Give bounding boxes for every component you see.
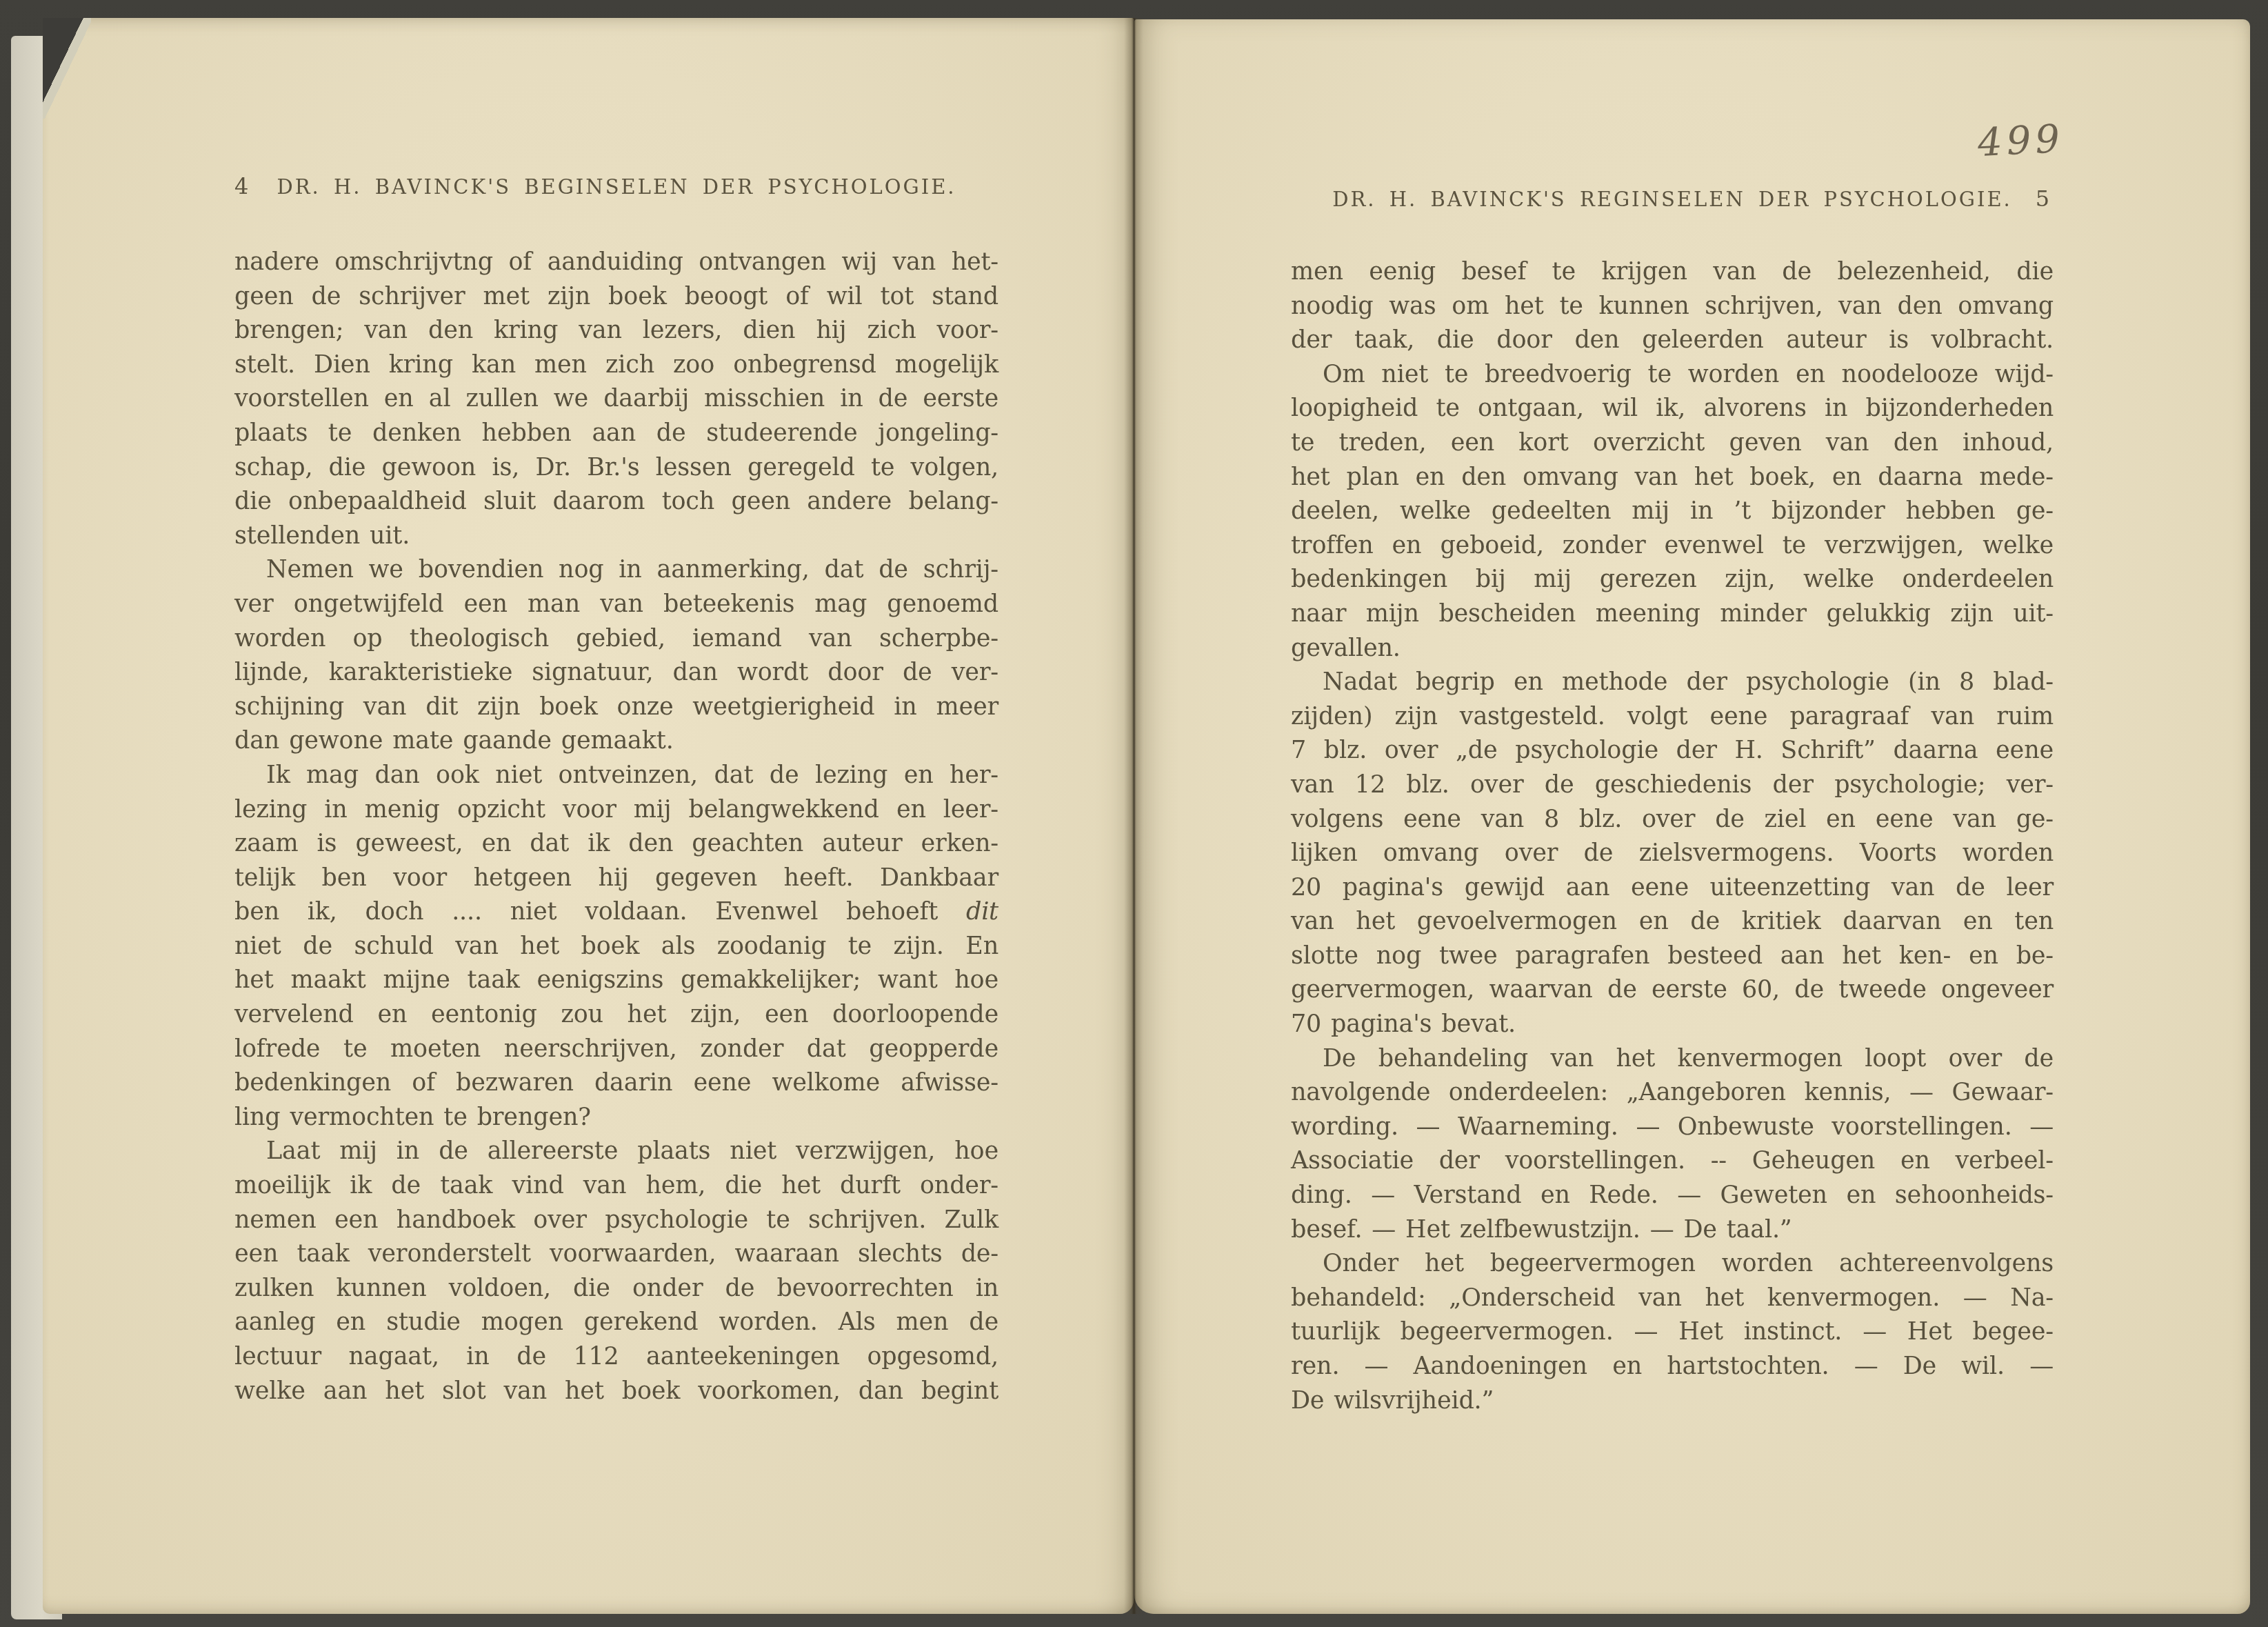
line-text: gevallen. bbox=[1291, 635, 1401, 662]
line-text: ling vermochten te brengen? bbox=[234, 1104, 591, 1131]
text-line: lijken omvang over de zielsvermogens. Vo… bbox=[1291, 837, 2054, 871]
text-line: ren. — Aandoeningen en hartstochten. — D… bbox=[1291, 1350, 2054, 1384]
line-text: loopigheid te ontgaan, wil ik, alvorens … bbox=[1291, 395, 2054, 422]
text-line: zijden) zijn vastgesteld. volgt eene par… bbox=[1291, 700, 2054, 735]
text-line: De wilsvrijheid.” bbox=[1291, 1384, 2054, 1419]
line-text: van het gevoelvermogen en de kritiek daa… bbox=[1291, 908, 2054, 935]
text-line: dan gewone mate gaande gemaakt. bbox=[234, 724, 998, 759]
text-line: 20 pagina's gewijd aan eene uiteenzettin… bbox=[1291, 871, 2054, 906]
line-text: der taak, die door den geleerden auteur … bbox=[1291, 326, 2054, 354]
line-text: die onbepaaldheid sluit daarom toch geen… bbox=[234, 488, 998, 515]
text-line: niet de schuld van het boek als zoodanig… bbox=[234, 930, 998, 964]
line-text: lectuur nagaat, in de 112 aanteekeningen… bbox=[234, 1343, 998, 1370]
line-text: worden op theologisch gebied, iemand van… bbox=[234, 625, 998, 652]
text-line: ver ongetwijfeld een man van beteekenis … bbox=[234, 588, 998, 622]
italic-text: dit bbox=[966, 898, 998, 926]
text-line: tuurlijk begeervermogen. — Het instinct.… bbox=[1291, 1315, 2054, 1350]
line-text: vervelend en eentonig zou het zijn, een … bbox=[234, 1001, 998, 1028]
text-line: lofrede te moeten neerschrijven, zonder … bbox=[234, 1032, 998, 1067]
line-text: Laat mij in de allereerste plaats niet v… bbox=[266, 1137, 998, 1165]
text-line: te treden, een kort overzicht geven van … bbox=[1291, 426, 2054, 461]
text-line: brengen; van den kring van lezers, dien … bbox=[234, 314, 998, 348]
text-line: lectuur nagaat, in de 112 aanteekeningen… bbox=[234, 1340, 998, 1375]
line-text: De behandeling van het kenvermogen loopt… bbox=[1323, 1045, 2054, 1072]
text-line: wording. — Waarneming. — Onbewuste voors… bbox=[1291, 1110, 2054, 1145]
text-line: die onbepaaldheid sluit daarom toch geen… bbox=[234, 485, 998, 519]
text-line: besef. — Het zelfbewustzijn. — De taal.” bbox=[1291, 1213, 2054, 1248]
line-text: aanleg en studie mogen gerekend worden. … bbox=[234, 1308, 998, 1336]
line-text: noodig was om het te kunnen schrijven, v… bbox=[1291, 292, 2054, 320]
line-text: voorstellen en al zullen we daarbij miss… bbox=[234, 385, 998, 412]
text-line: aanleg en studie mogen gerekend worden. … bbox=[234, 1306, 998, 1340]
text-line: Nadat begrip en methode der psychologie … bbox=[1291, 666, 2054, 700]
text-line: noodig was om het te kunnen schrijven, v… bbox=[1291, 290, 2054, 324]
text-line: moeilijk ik de taak vind van hem, die he… bbox=[234, 1169, 998, 1204]
text-line: Associatie der voorstellingen. -- Geheug… bbox=[1291, 1144, 2054, 1179]
line-text: tuurlijk begeervermogen. — Het instinct.… bbox=[1291, 1318, 2054, 1346]
text-line: plaats te denken hebben aan de studeeren… bbox=[234, 417, 998, 451]
text-line: stelt. Dien kring kan men zich zoo onbeg… bbox=[234, 348, 998, 383]
line-text: lijnde, karakteristieke signatuur, dan w… bbox=[234, 659, 998, 686]
line-text: brengen; van den kring van lezers, dien … bbox=[234, 317, 998, 344]
right-page-number: 5 bbox=[2036, 186, 2049, 212]
line-text: Associatie der voorstellingen. -- Geheug… bbox=[1291, 1147, 2054, 1175]
line-text: bedenkingen bij mij gerezen zijn, welke … bbox=[1291, 566, 2054, 593]
line-text: Ik mag dan ook niet ontveinzen, dat de l… bbox=[266, 761, 998, 789]
line-text: 7 blz. over „de psychologie der H. Schri… bbox=[1291, 737, 2054, 764]
line-text: navolgende onderdeelen: „Aangeboren kenn… bbox=[1291, 1079, 2054, 1106]
line-text: Nadat begrip en methode der psychologie … bbox=[1323, 668, 2054, 696]
line-text: nemen een handboek over psychologie te s… bbox=[234, 1206, 998, 1234]
text-line: bedenkingen bij mij gerezen zijn, welke … bbox=[1291, 563, 2054, 597]
left-running-header: 4 DR. H. BAVINCK'S BEGINSELEN DER PSYCHO… bbox=[234, 175, 998, 203]
text-line: men eenig besef te krijgen van de beleze… bbox=[1291, 255, 2054, 290]
text-line: het plan en den omvang van het boek, en … bbox=[1291, 461, 2054, 495]
line-text: wording. — Waarneming. — Onbewuste voors… bbox=[1291, 1113, 2054, 1141]
text-line: welke aan het slot van het boek voorkome… bbox=[234, 1375, 998, 1409]
text-line: bedenkingen of bezwaren daarin eene welk… bbox=[234, 1066, 998, 1101]
line-text: slotte nog twee paragrafen besteed aan h… bbox=[1291, 942, 2054, 970]
line-text: Onder het begeervermogen worden achteree… bbox=[1323, 1250, 2054, 1277]
line-text: welke aan het slot van het boek voorkome… bbox=[234, 1377, 998, 1405]
text-line: ding. — Verstand en Rede. — Geweten en s… bbox=[1291, 1179, 2054, 1213]
line-text: 20 pagina's gewijd aan eene uiteenzettin… bbox=[1291, 874, 2054, 901]
line-text: telijk ben voor hetgeen hij gegeven heef… bbox=[234, 864, 998, 892]
right-header-title: DR. H. BAVINCK'S REGINSELEN DER PSYCHOLO… bbox=[1291, 188, 2054, 211]
line-text: zaam is geweest, en dat ik den geachten … bbox=[234, 830, 998, 857]
book-scan: 4 DR. H. BAVINCK'S BEGINSELEN DER PSYCHO… bbox=[0, 0, 2268, 1627]
line-text: van 12 blz. over de geschiedenis der psy… bbox=[1291, 771, 2054, 799]
text-line: slotte nog twee paragrafen besteed aan h… bbox=[1291, 939, 2054, 974]
text-line: Om niet te breedvoerig te worden en nood… bbox=[1291, 358, 2054, 392]
text-line: worden op theologisch gebied, iemand van… bbox=[234, 622, 998, 657]
line-text: nadere omschrijvtng of aanduiding ontvan… bbox=[234, 248, 998, 276]
left-page-number: 4 bbox=[234, 173, 248, 199]
text-line: ling vermochten te brengen? bbox=[234, 1101, 998, 1135]
line-text: lijken omvang over de zielsvermogens. Vo… bbox=[1291, 839, 2054, 867]
line-text: het plan en den omvang van het boek, en … bbox=[1291, 463, 2054, 491]
text-line: Onder het begeervermogen worden achteree… bbox=[1291, 1247, 2054, 1281]
line-text: stellenden uit. bbox=[234, 522, 410, 550]
text-line: voorstellen en al zullen we daarbij miss… bbox=[234, 382, 998, 417]
text-line: naar mijn bescheiden meening minder gelu… bbox=[1291, 597, 2054, 632]
line-text: niet de schuld van het boek als zoodanig… bbox=[234, 932, 998, 960]
text-line: nemen een handboek over psychologie te s… bbox=[234, 1204, 998, 1238]
text-line: 70 pagina's bevat. bbox=[1291, 1008, 2054, 1042]
right-running-header: DR. H. BAVINCK'S REGINSELEN DER PSYCHOLO… bbox=[1291, 188, 2054, 215]
line-text: 70 pagina's bevat. bbox=[1291, 1010, 1516, 1038]
text-line: De behandeling van het kenvermogen loopt… bbox=[1291, 1042, 2054, 1077]
text-line: ben ik, doch .... niet voldaan. Evenwel … bbox=[234, 895, 998, 930]
line-text: stelt. Dien kring kan men zich zoo onbeg… bbox=[234, 351, 998, 379]
line-text: te treden, een kort overzicht geven van … bbox=[1291, 429, 2054, 457]
right-page-text: men eenig besef te krijgen van de beleze… bbox=[1291, 255, 2054, 1418]
line-text: geervermogen, waarvan de eerste 60, de t… bbox=[1291, 976, 2054, 1004]
line-text: bedenkingen of bezwaren daarin eene welk… bbox=[234, 1069, 998, 1097]
line-text: volgens eene van 8 blz. over de ziel en … bbox=[1291, 806, 2054, 833]
line-text: plaats te denken hebben aan de studeeren… bbox=[234, 419, 998, 447]
handwritten-annotation: 499 bbox=[1976, 117, 2065, 166]
line-text: ding. — Verstand en Rede. — Geweten en s… bbox=[1291, 1181, 2054, 1209]
text-line: van het gevoelvermogen en de kritiek daa… bbox=[1291, 905, 2054, 939]
text-line: het maakt mijne taak eenigszins gemakkel… bbox=[234, 964, 998, 998]
page-corner-cut bbox=[43, 18, 91, 119]
line-text: schap, die gewoon is, Dr. Br.'s lessen g… bbox=[234, 454, 998, 481]
text-line: navolgende onderdeelen: „Aangeboren kenn… bbox=[1291, 1076, 2054, 1110]
line-text: men eenig besef te krijgen van de beleze… bbox=[1291, 258, 2054, 286]
text-line: Ik mag dan ook niet ontveinzen, dat de l… bbox=[234, 759, 998, 793]
line-text: lofrede te moeten neerschrijven, zonder … bbox=[234, 1035, 998, 1063]
left-page-text: nadere omschrijvtng of aanduiding ontvan… bbox=[234, 246, 998, 1408]
line-text: ben ik, doch .... niet voldaan. Evenwel … bbox=[234, 898, 966, 926]
text-line: zulken kunnen voldoen, die onder de bevo… bbox=[234, 1272, 998, 1306]
line-text: Om niet te breedvoerig te worden en nood… bbox=[1323, 361, 2054, 388]
text-line: geen de schrijver met zijn boek beoogt o… bbox=[234, 280, 998, 315]
line-text: een taak veronderstelt voorwaarden, waar… bbox=[234, 1240, 998, 1268]
gutter-crease bbox=[1124, 18, 1143, 1614]
text-line: zaam is geweest, en dat ik den geachten … bbox=[234, 827, 998, 861]
text-line: lezing in menig opzicht voor mij belangw… bbox=[234, 793, 998, 828]
text-line: van 12 blz. over de geschiedenis der psy… bbox=[1291, 768, 2054, 803]
text-line: lijnde, karakteristieke signatuur, dan w… bbox=[234, 656, 998, 690]
text-line: troffen en geboeid, zonder evenwel te ve… bbox=[1291, 529, 2054, 563]
text-line: nadere omschrijvtng of aanduiding ontvan… bbox=[234, 246, 998, 280]
text-line: schijning van dit zijn boek onze weetgie… bbox=[234, 690, 998, 725]
text-line: Laat mij in de allereerste plaats niet v… bbox=[234, 1135, 998, 1169]
text-line: loopigheid te ontgaan, wil ik, alvorens … bbox=[1291, 392, 2054, 426]
line-text: geen de schrijver met zijn boek beoogt o… bbox=[234, 283, 998, 310]
text-line: geervermogen, waarvan de eerste 60, de t… bbox=[1291, 973, 2054, 1008]
text-line: volgens eene van 8 blz. over de ziel en … bbox=[1291, 803, 2054, 837]
text-line: 7 blz. over „de psychologie der H. Schri… bbox=[1291, 734, 2054, 768]
line-text: naar mijn bescheiden meening minder gelu… bbox=[1291, 600, 2054, 628]
line-text: moeilijk ik de taak vind van hem, die he… bbox=[234, 1172, 998, 1199]
line-text: behandeld: „Onderscheid van het kenvermo… bbox=[1291, 1284, 2054, 1312]
text-line: telijk ben voor hetgeen hij gegeven heef… bbox=[234, 861, 998, 896]
line-text: besef. — Het zelfbewustzijn. — De taal.” bbox=[1291, 1216, 1792, 1244]
text-line: der taak, die door den geleerden auteur … bbox=[1291, 323, 2054, 358]
text-line: schap, die gewoon is, Dr. Br.'s lessen g… bbox=[234, 451, 998, 486]
text-line: gevallen. bbox=[1291, 632, 2054, 666]
line-text: Nemen we bovendien nog in aanmerking, da… bbox=[266, 556, 998, 583]
left-header-title: DR. H. BAVINCK'S BEGINSELEN DER PSYCHOLO… bbox=[234, 175, 998, 199]
line-text: schijning van dit zijn boek onze weetgie… bbox=[234, 693, 998, 721]
text-line: Nemen we bovendien nog in aanmerking, da… bbox=[234, 553, 998, 588]
line-text: De wilsvrijheid.” bbox=[1291, 1387, 1494, 1415]
text-line: stellenden uit. bbox=[234, 519, 998, 554]
line-text: dan gewone mate gaande gemaakt. bbox=[234, 727, 674, 755]
text-line: deelen, welke gedeelten mij in ’t bijzon… bbox=[1291, 495, 2054, 529]
line-text: het maakt mijne taak eenigszins gemakkel… bbox=[234, 966, 998, 994]
text-line: behandeld: „Onderscheid van het kenvermo… bbox=[1291, 1281, 2054, 1316]
text-line: een taak veronderstelt voorwaarden, waar… bbox=[234, 1237, 998, 1272]
line-text: zulken kunnen voldoen, die onder de bevo… bbox=[234, 1275, 998, 1302]
line-text: ver ongetwijfeld een man van beteekenis … bbox=[234, 590, 998, 618]
line-text: lezing in menig opzicht voor mij belangw… bbox=[234, 796, 998, 824]
line-text: troffen en geboeid, zonder evenwel te ve… bbox=[1291, 532, 2054, 559]
line-text: zijden) zijn vastgesteld. volgt eene par… bbox=[1291, 703, 2054, 730]
text-line: vervelend en eentonig zou het zijn, een … bbox=[234, 998, 998, 1032]
line-text: ren. — Aandoeningen en hartstochten. — D… bbox=[1291, 1352, 2054, 1380]
line-text: deelen, welke gedeelten mij in ’t bijzon… bbox=[1291, 497, 2054, 525]
